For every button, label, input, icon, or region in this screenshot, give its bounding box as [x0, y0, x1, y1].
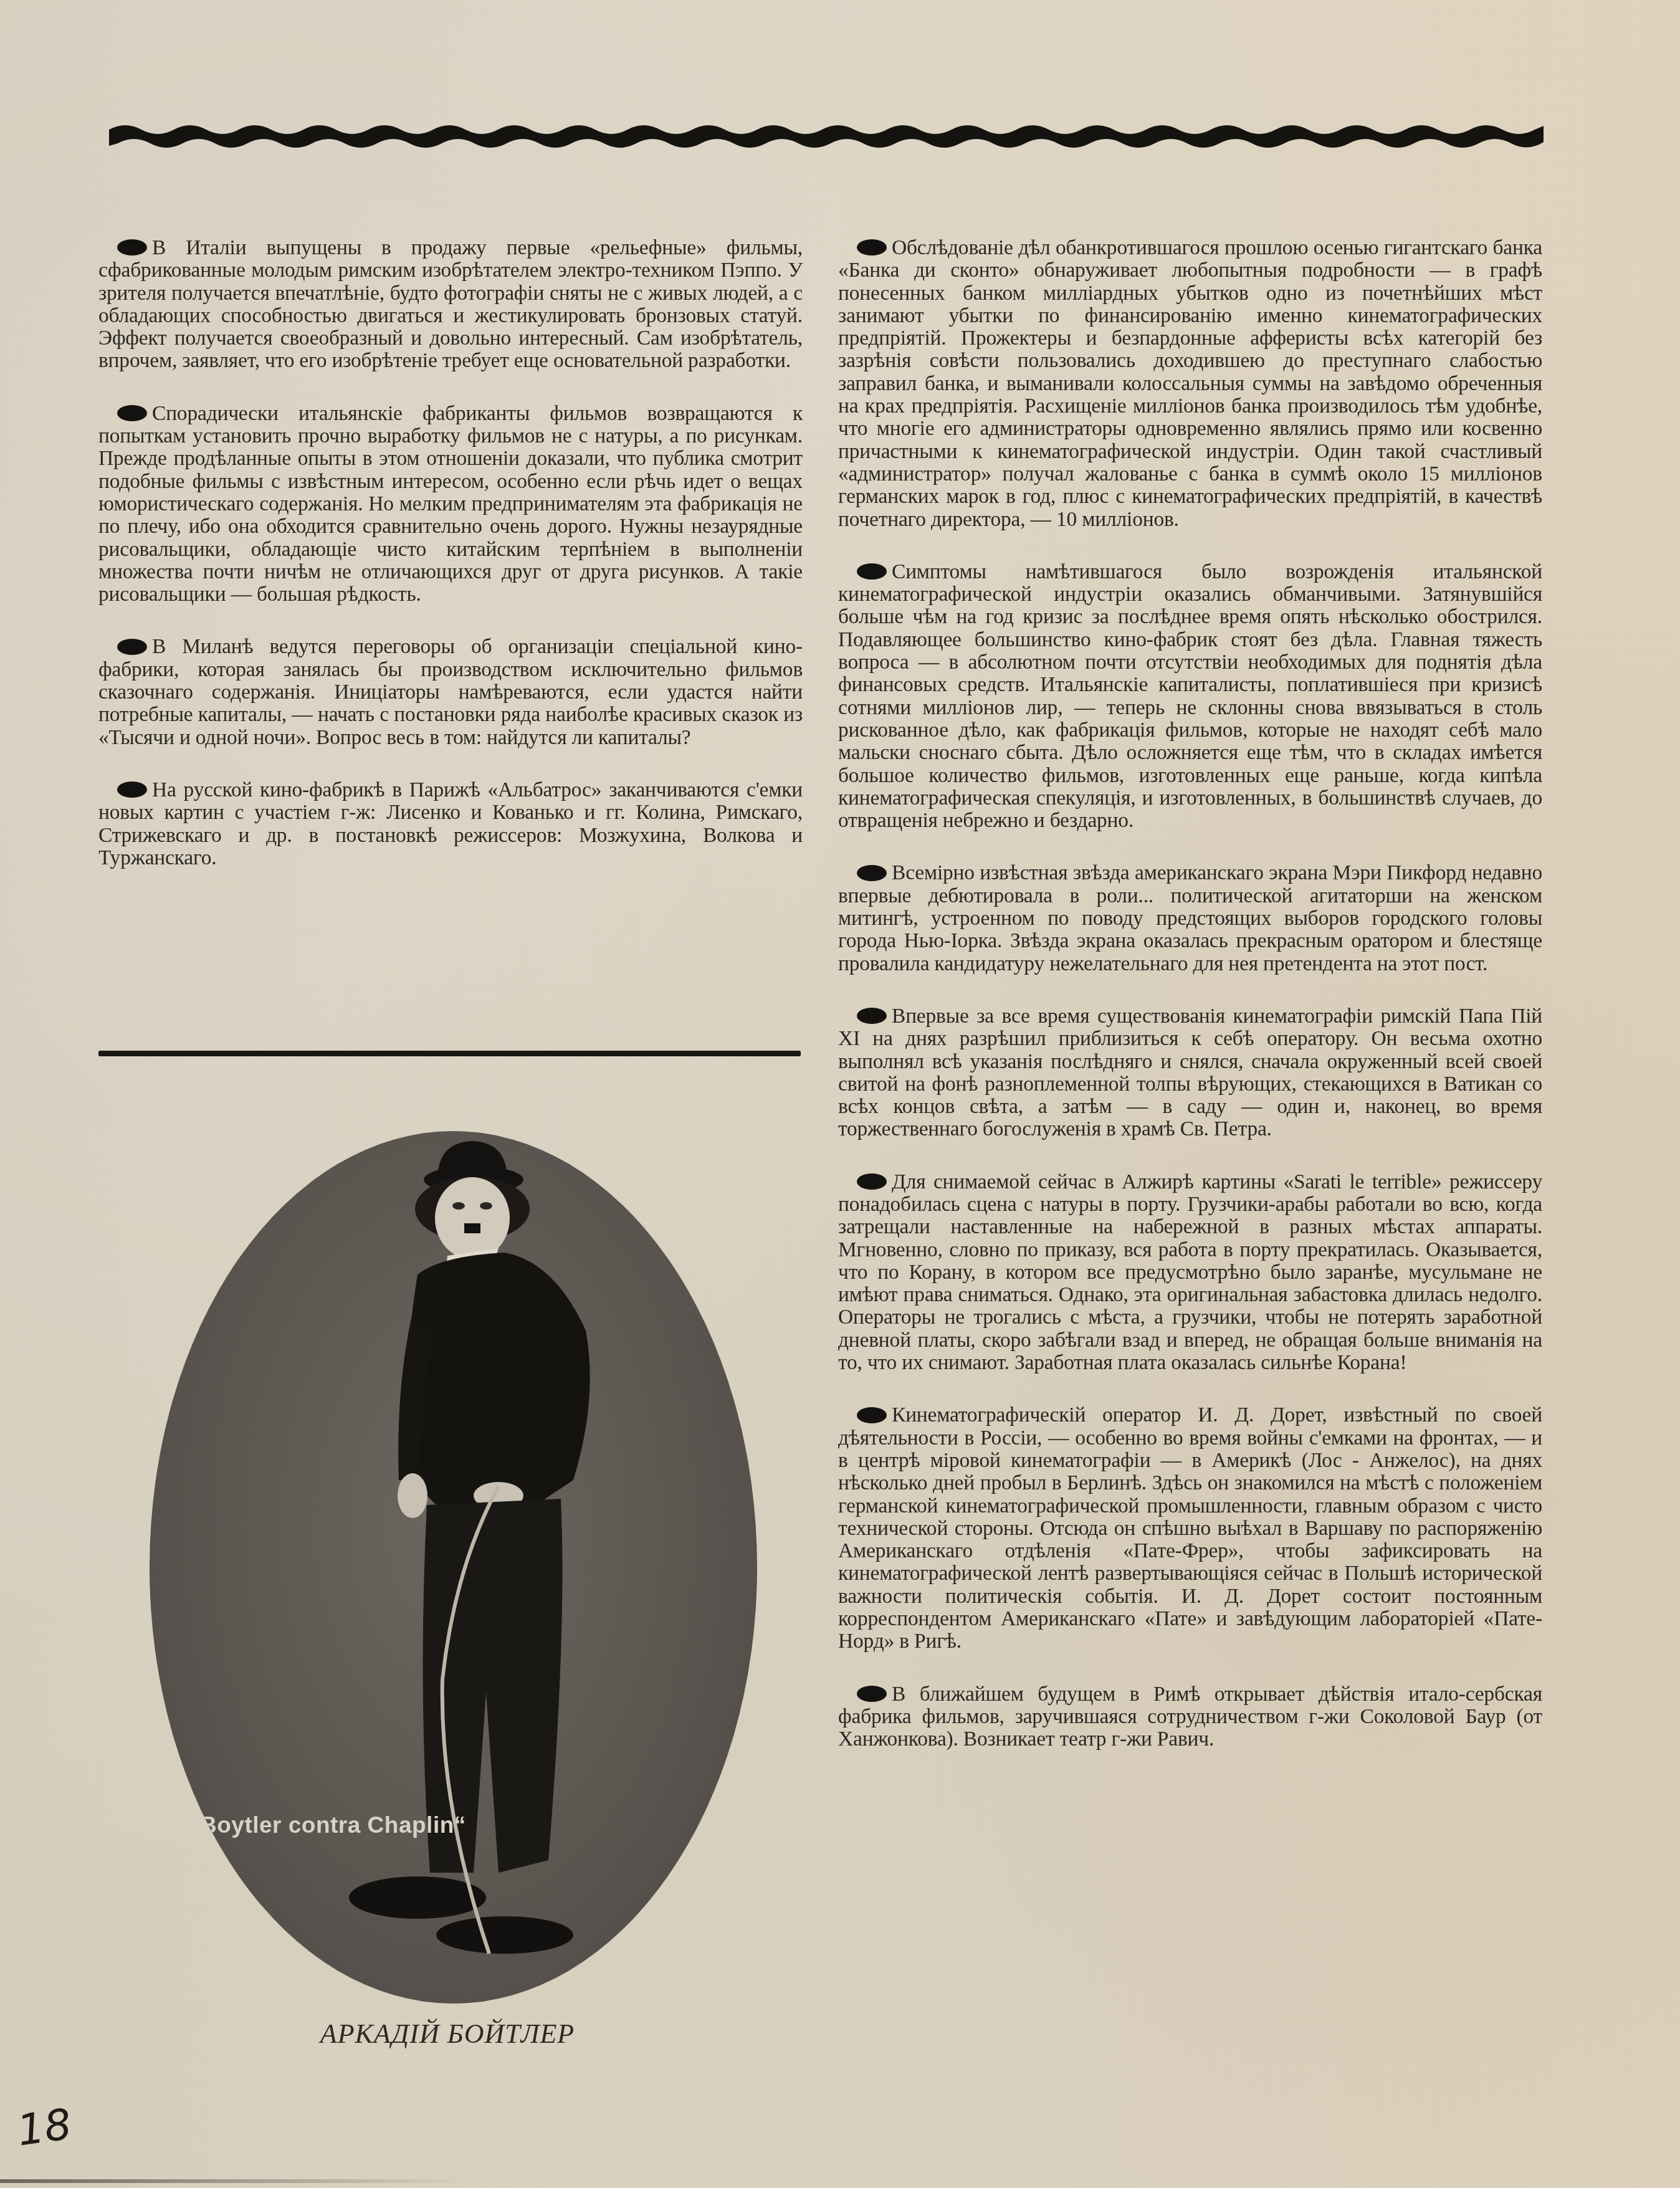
oval-bullet-icon: [117, 781, 147, 798]
oval-portrait-photo: „Boytler contra Chaplin“: [150, 1131, 757, 2004]
news-item: Обслѣдованіе дѣл обанкротившагося прошло…: [838, 237, 1542, 531]
right-column: Обслѣдованіе дѣл обанкротившагося прошло…: [838, 237, 1542, 1781]
wavy-header-border: [109, 118, 1544, 156]
oval-bullet-icon: [117, 639, 147, 655]
news-item: Кинематографическій оператор И. Д. Дорет…: [838, 1404, 1542, 1653]
left-column: В Италіи выпущены в продажу первые «рель…: [98, 237, 803, 899]
handwritten-page-number: 18: [14, 2100, 75, 2156]
photo-caption: АРКАДІЙ БОЙТЛЕР: [285, 2018, 609, 2050]
news-item: В Миланѣ ведутся переговоры об организац…: [98, 636, 803, 748]
news-item: Впервые за все время существованія кинем…: [838, 1005, 1542, 1141]
news-item: Спорадически итальянскіе фабриканты филь…: [98, 403, 803, 606]
oval-bullet-icon: [857, 563, 887, 580]
news-item: В Италіи выпущены в продажу первые «рель…: [98, 237, 803, 373]
studio-emblem-icon: [150, 1131, 237, 1218]
oval-bullet-icon: [857, 1173, 887, 1190]
photo-title-overlay: „Boytler contra Chaplin“: [188, 1812, 466, 1838]
oval-bullet-icon: [857, 239, 887, 256]
oval-bullet-icon: [857, 1407, 887, 1423]
oval-bullet-icon: [117, 405, 147, 421]
section-divider-rule: [98, 1051, 801, 1056]
oval-bullet-icon: [857, 1008, 887, 1024]
oval-bullet-icon: [857, 1686, 887, 1702]
news-item: Симптомы намѣтившагося было возрожденія …: [838, 561, 1542, 833]
news-item: На русской кино-фабрикѣ в Парижѣ «Альбат…: [98, 779, 803, 869]
news-item: Всеміpно извѣстная звѣзда американскаго …: [838, 862, 1542, 975]
page-bottom-edge: [0, 2179, 467, 2183]
oval-bullet-icon: [857, 865, 887, 881]
news-item: Для снимаемой сейчас в Алжирѣ картины «S…: [838, 1171, 1542, 1375]
news-item: В ближайшем будущем в Римѣ открывает дѣй…: [838, 1683, 1542, 1751]
chaplin-figure-illustration: [150, 1131, 757, 2004]
oval-bullet-icon: [117, 239, 147, 256]
